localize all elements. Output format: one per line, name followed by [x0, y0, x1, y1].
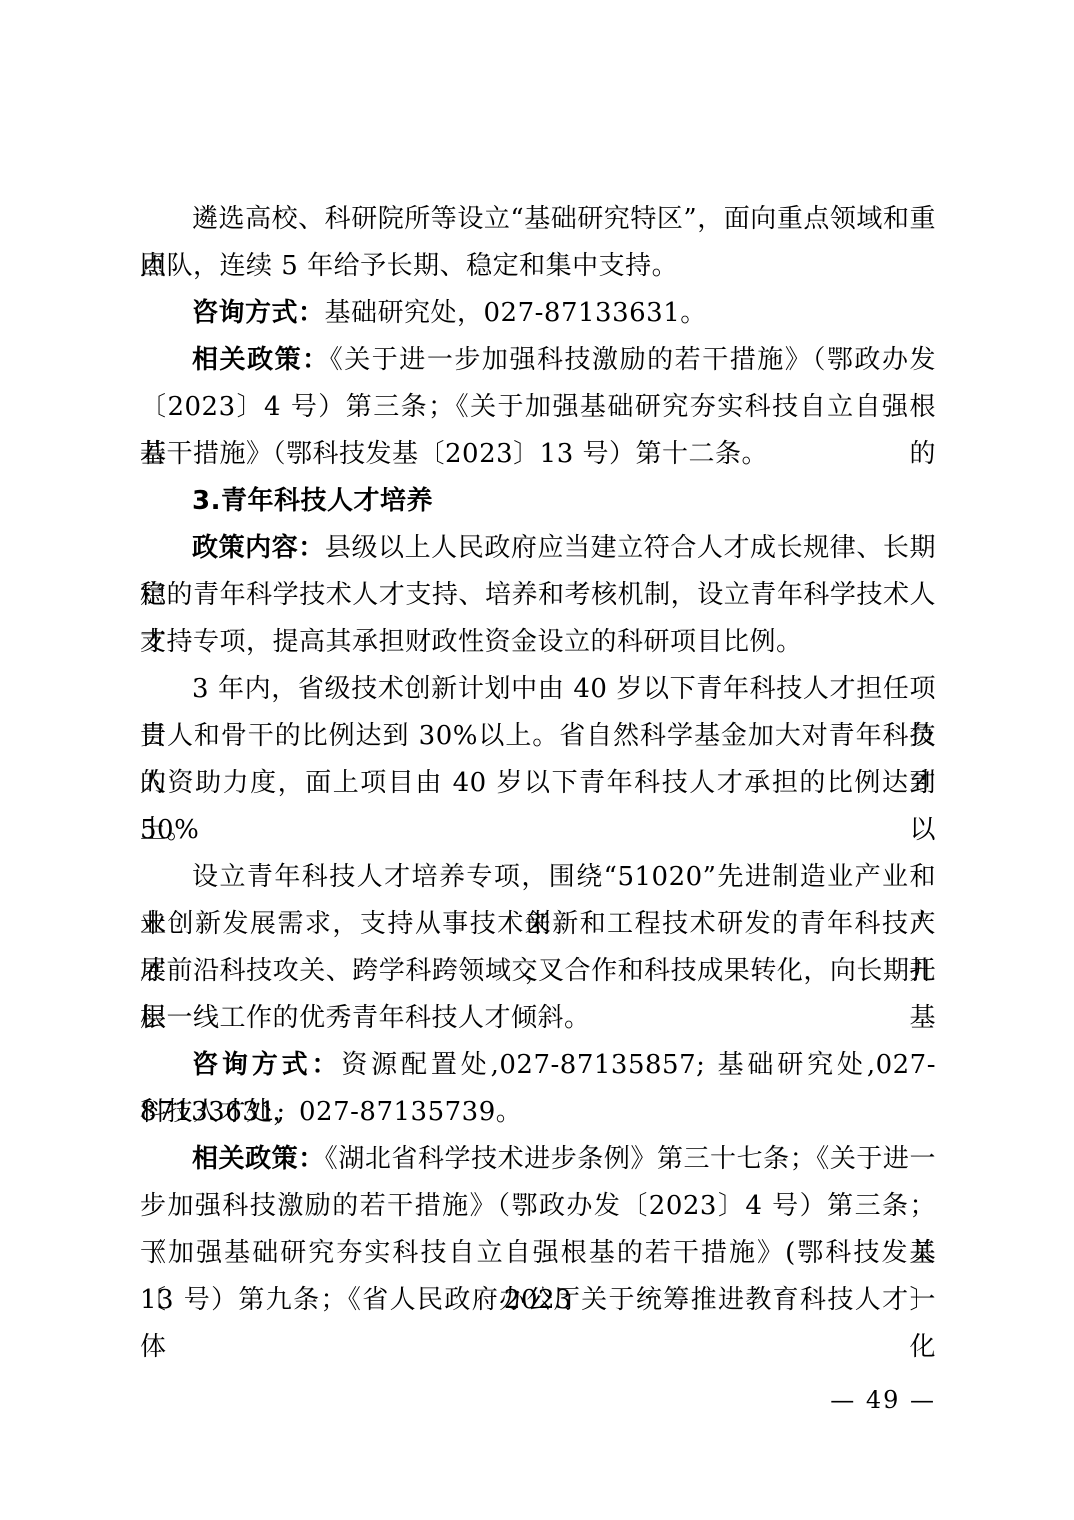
line-label: 政策内容：	[192, 533, 325, 563]
text-line: 的资助力度，面上项目由 40 岁以下青年科技人才承担的比例达到 50%以	[140, 760, 936, 807]
text-line: 支持专项，提高其承担财政性资金设立的科研项目比例。	[140, 619, 936, 666]
line-text: 基础研究处，027-87133631。	[325, 298, 707, 328]
text-line: 政策内容：县级以上人民政府应当建立符合人才成长规律、长期稳	[140, 525, 936, 572]
line-label: 相关政策：	[192, 345, 330, 375]
text-line: 设立青年科技人才培养专项，围绕“51020”先进制造业产业和未来产	[140, 854, 936, 901]
text-line: 遴选高校、科研院所等设立“基础研究特区”，面向重点领域和重点	[140, 196, 936, 243]
text-line: 〔2023〕4 号）第三条；《关于加强基础研究夯实科技自立自强根基的	[140, 384, 936, 431]
text-line: 业创新发展需求，支持从事技术创新和工程技术研发的青年科技人才，开	[140, 901, 936, 948]
text-line: 咨询方式：资源配置处,027-87135857; 基础研究处,027-87133…	[140, 1042, 936, 1089]
document-body: 遴选高校、科研院所等设立“基础研究特区”，面向重点领域和重点团队，连续 5 年给…	[140, 196, 936, 1324]
line-text: 《关于进一步加强科技激励的若干措施》（鄂政办发	[330, 345, 936, 375]
line-text: 的资助力度，面上项目由 40 岁以下青年科技人才承担的比例达到 50%以	[140, 768, 936, 845]
line-text: 《湖北省科学技术进步条例》第三十七条；《关于进一	[325, 1144, 936, 1174]
text-line: 科技人才处，027-87135739。	[140, 1089, 936, 1136]
section-heading: 3.青年科技人才培养	[140, 478, 936, 525]
line-text: 层一线工作的优秀青年科技人才倾斜。	[140, 1003, 591, 1033]
text-line: 责人和骨干的比例达到 30%以上。省自然科学基金加大对青年科技人才	[140, 713, 936, 760]
line-text: 团队，连续 5 年给予长期、稳定和集中支持。	[140, 251, 678, 281]
text-line: 相关政策：《湖北省科学技术进步条例》第三十七条；《关于进一	[140, 1136, 936, 1183]
text-line: 相关政策：《关于进一步加强科技激励的若干措施》（鄂政办发	[140, 337, 936, 384]
line-label: 相关政策：	[192, 1144, 325, 1174]
text-line: 步加强科技激励的若干措施》（鄂政办发〔2023〕4 号）第三条；《关	[140, 1183, 936, 1230]
line-text: 3.青年科技人才培养	[192, 486, 433, 516]
text-line: 团队，连续 5 年给予长期、稳定和集中支持。	[140, 243, 936, 290]
line-label: 咨询方式：	[192, 1050, 341, 1080]
line-text: 支持专项，提高其承担财政性资金设立的科研项目比例。	[140, 627, 803, 657]
text-line: 咨询方式：基础研究处，027-87133631。	[140, 290, 936, 337]
line-text: 若干措施》（鄂科技发基〔2023〕13 号）第十二条。	[140, 439, 768, 469]
text-line: 于加强基础研究夯实科技自立自强根基的若干措施》(鄂科技发基〔2023〕	[140, 1230, 936, 1277]
text-line: 13 号）第九条；《省人民政府办公厅关于统筹推进教育科技人才一体化	[140, 1277, 936, 1324]
line-text: 13 号）第九条；《省人民政府办公厅关于统筹推进教育科技人才一体化	[140, 1285, 936, 1362]
text-line: 3 年内，省级技术创新计划中由 40 岁以下青年科技人才担任项目负	[140, 666, 936, 713]
line-text: 上。	[140, 815, 193, 845]
text-line: 展前沿科技攻关、跨学科跨领域交叉合作和科技成果转化，向长期扎根基	[140, 948, 936, 995]
document-page: 遴选高校、科研院所等设立“基础研究特区”，面向重点领域和重点团队，连续 5 年给…	[0, 0, 1074, 1520]
line-label: 咨询方式：	[192, 298, 325, 328]
page-number: — 49 —	[830, 1384, 936, 1416]
text-line: 定的青年科学技术人才支持、培养和考核机制，设立青年科学技术人才	[140, 572, 936, 619]
line-text: 科技人才处，027-87135739。	[140, 1097, 522, 1127]
